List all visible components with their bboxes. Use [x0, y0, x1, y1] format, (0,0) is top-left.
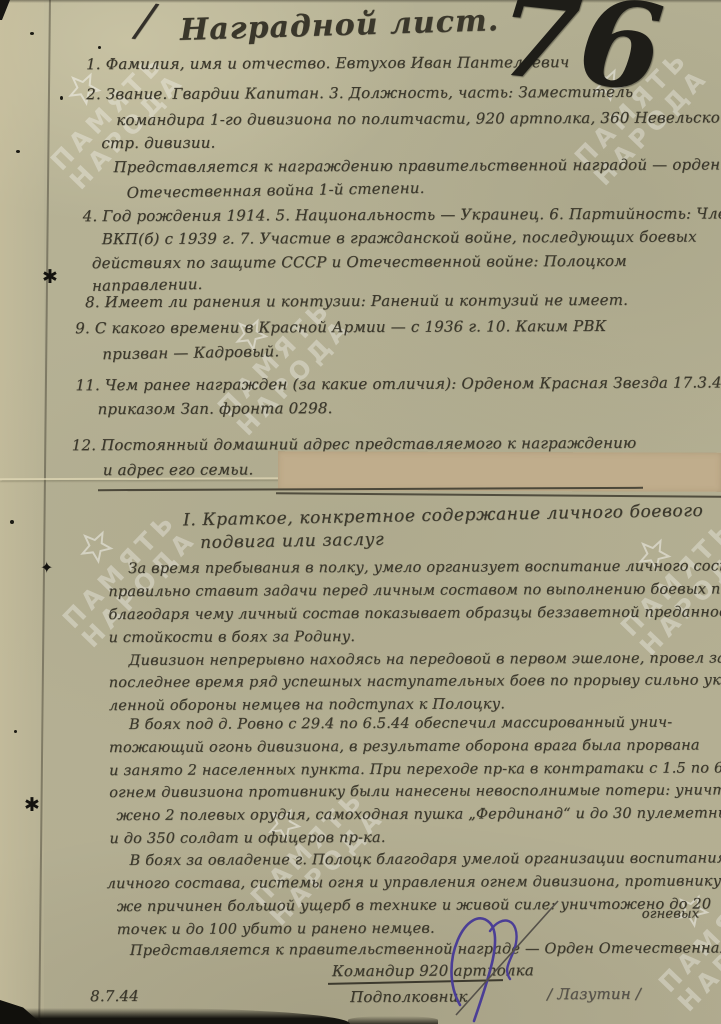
- paper-speck: [98, 46, 101, 49]
- section-heading: I. Краткое, конкретное содержание личног…: [183, 501, 704, 531]
- paper-speck: [10, 520, 14, 524]
- registry-number-mark: 76: [492, 0, 668, 108]
- body-line: личного состава, системы огня и управлен…: [107, 873, 721, 892]
- date-line: 8.7.44: [90, 987, 139, 1005]
- field-party-service: ВКП(б) с 1939 г. 7. Участие в гражданско…: [102, 228, 697, 249]
- field-wounds: 8. Имеет ли ранения и контузии: Ранений …: [85, 291, 628, 311]
- body-line: и до 350 солдат и офицеров пр-ка.: [109, 830, 385, 847]
- field-drafted-by: призван — Кадровый.: [102, 342, 279, 363]
- body-line: огнем дивизиона противнику были нанесены…: [109, 782, 721, 801]
- body-line: и стойкости в боях за Родину.: [109, 629, 356, 646]
- body-line: В боях под д. Ровно с 29.4 по 6.5.44 обе…: [129, 715, 672, 733]
- document-title: Наградной лист.: [179, 3, 499, 48]
- body-line-carryover: огневых: [642, 907, 700, 922]
- ink-blot: ✦: [40, 558, 53, 577]
- field-prior-awards: 11. Чем ранее награжден (за какие отличи…: [75, 373, 721, 394]
- paper-speck: [16, 150, 20, 153]
- field-prior-awards-cont: приказом Зап. фронта 0298.: [98, 399, 333, 418]
- document-content: / Наградной лист. 1. Фамилия, имя и отче…: [0, 0, 721, 1024]
- body-line: и занято 2 населенных пункта. При перехо…: [109, 760, 721, 779]
- field-army-since: 9. С какого времени в Красной Армии — с …: [75, 317, 606, 337]
- bottom-edge-shadow: [348, 1016, 438, 1024]
- body-line: Дивизион непрерывно находясь на передово…: [129, 650, 721, 669]
- paper-speck: [60, 96, 63, 100]
- field-award-proposal: Представляется к награждению правительст…: [113, 155, 720, 176]
- paper-speck: [30, 32, 34, 35]
- body-line: За время пребывания в полку, умело орган…: [128, 558, 721, 577]
- signature-flourish: [398, 893, 588, 1024]
- ink-blot: ✱: [24, 794, 40, 816]
- body-line: благодаря чему личный состав показывает …: [108, 604, 721, 623]
- field-birth-nationality-party: 4. Год рождения 1914. 5. Национальность …: [83, 204, 721, 225]
- body-line: ленной обороны немцев на подступах к Пол…: [109, 696, 505, 714]
- award-sheet-scan: ПАМЯТЬ НАРОДА ПАМЯТЬ НАРОДА ПАМЯТЬ НАРОД…: [0, 0, 721, 1024]
- body-line: точек и до 100 убито и ранено немцев.: [117, 921, 435, 938]
- paper-speck: [14, 730, 17, 733]
- ink-blot: ✱: [42, 266, 58, 288]
- field-award-name: Отечественная война 1-й степени.: [126, 179, 424, 202]
- body-line: жено 2 полевых орудия, самоходная пушка …: [116, 805, 721, 824]
- section-heading-cont: подвига или заслуг: [200, 530, 384, 553]
- field-home-address-cont: и адрес его семьи.: [103, 460, 254, 479]
- body-line: правильно ставит задачи перед личным сос…: [108, 581, 721, 600]
- field-unit-cont: стр. дивизии.: [101, 134, 215, 152]
- body-line: последнее время ряд успешных наступатель…: [109, 672, 721, 691]
- body-line: В боях за овладение г. Полоцк благодаря …: [129, 850, 721, 869]
- redaction-box: [278, 451, 721, 492]
- field-campaigns: действиях по защите СССР и Отечественной…: [92, 252, 627, 272]
- pen-slash-mark: /: [134, 0, 157, 48]
- body-line: тожающий огонь дивизиона, в результате о…: [109, 738, 700, 757]
